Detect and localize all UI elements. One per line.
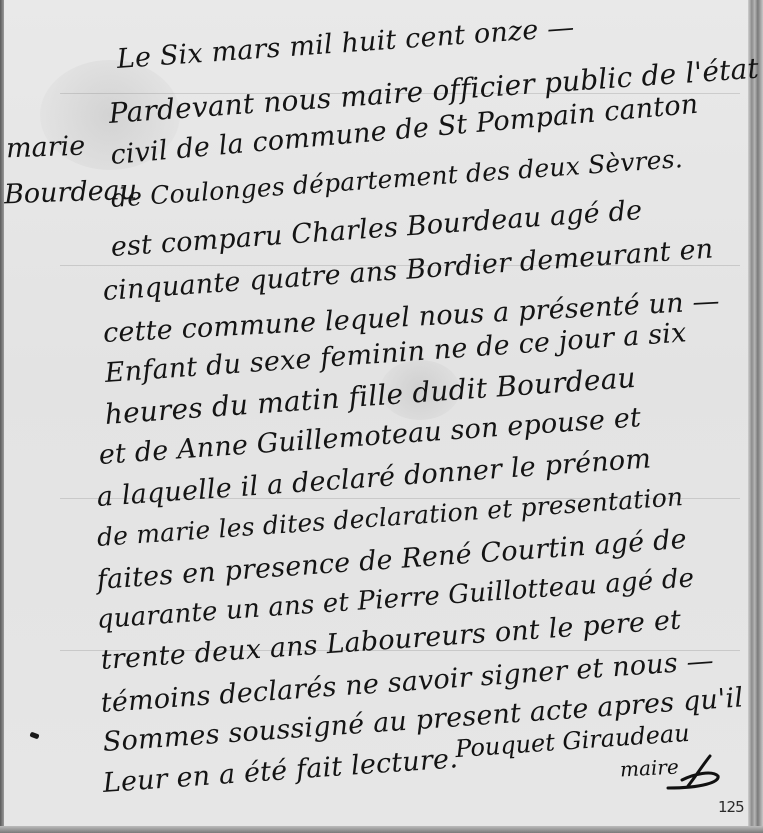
record-line-1: Le Six mars mil huit cent onze — [116,12,576,75]
register-binding [748,0,763,833]
page-bottom-edge [0,826,763,833]
register-page: marie Bourdeau Le Six mars mil huit cent… [0,0,763,833]
margin-note-given-name: marie [5,131,85,165]
margin-tick-mark [29,732,39,740]
signature-flourish-icon [662,752,722,792]
folio-number: 125 [718,798,744,816]
page-left-edge [0,0,4,833]
